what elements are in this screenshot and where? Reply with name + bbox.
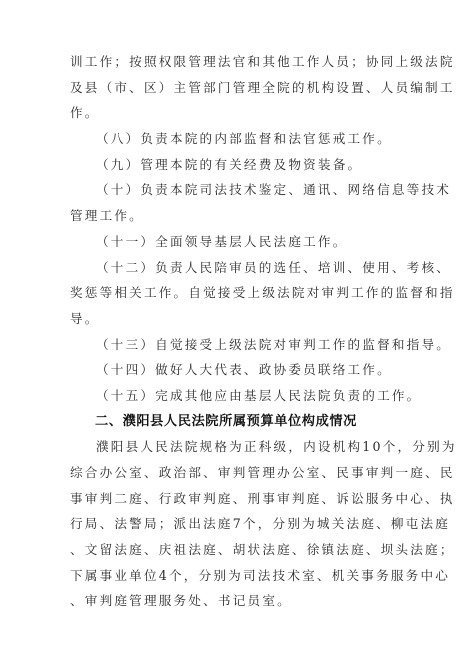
list-item-9: （九）管理本院的有关经费及物资装备。 <box>70 152 392 178</box>
text-line: 奖惩等相关工作。自觉接受上级法院对审判工作的监督和指 <box>70 280 392 306</box>
list-item-12: （十二）负责人民陪审员的选任、培训、使用、考核、 <box>70 255 392 281</box>
section-heading: 二、濮阳县人民法院所属预算单位构成情况 <box>70 409 392 435</box>
text-line: 训工作；按照权限管理法官和其他工作人员；协同上级法院 <box>70 49 392 75</box>
text-line: 管理工作。 <box>70 203 392 229</box>
list-item-13: （十三）自觉接受上级法院对审判工作的监督和指导。 <box>70 332 392 358</box>
list-item-10: （十）负责本院司法技术鉴定、通讯、网络信息等技术 <box>70 177 392 203</box>
text-line: 及县（市、区）主管部门管理全院的机构设置、人员编制工 <box>70 75 392 101</box>
text-line: 导。 <box>70 306 392 332</box>
text-line: 、文留法庭、庆祖法庭、胡状法庭、徐镇法庭、坝头法庭； <box>70 537 392 563</box>
list-item-14: （十四）做好人大代表、政协委员联络工作。 <box>70 357 392 383</box>
document-page: 训工作；按照权限管理法官和其他工作人员；协同上级法院 及县（市、区）主管部门管理… <box>70 49 392 614</box>
text-line: 作。 <box>70 100 392 126</box>
list-item-8: （八）负责本院的内部监督和法官惩戒工作。 <box>70 126 392 152</box>
text-line: 、审判庭管理服务处、书记员室。 <box>70 588 392 614</box>
list-item-11: （十一）全面领导基层人民法庭工作。 <box>70 229 392 255</box>
list-item-15: （十五）完成其他应由基层人民法院负责的工作。 <box>70 383 392 409</box>
text-line: 综合办公室、政治部、审判管理办公室、民事审判一庭、民 <box>70 460 392 486</box>
paragraph-start: 濮阳县人民法院规格为正科级，内设机构10个，分别为 <box>70 434 392 460</box>
text-line: 行局、法警局；派出法庭7个，分别为城关法庭、柳屯法庭 <box>70 511 392 537</box>
text-line: 下属事业单位4个，分别为司法技术室、机关事务服务中心 <box>70 563 392 589</box>
text-line: 事审判二庭、行政审判庭、刑事审判庭、诉讼服务中心、执 <box>70 486 392 512</box>
